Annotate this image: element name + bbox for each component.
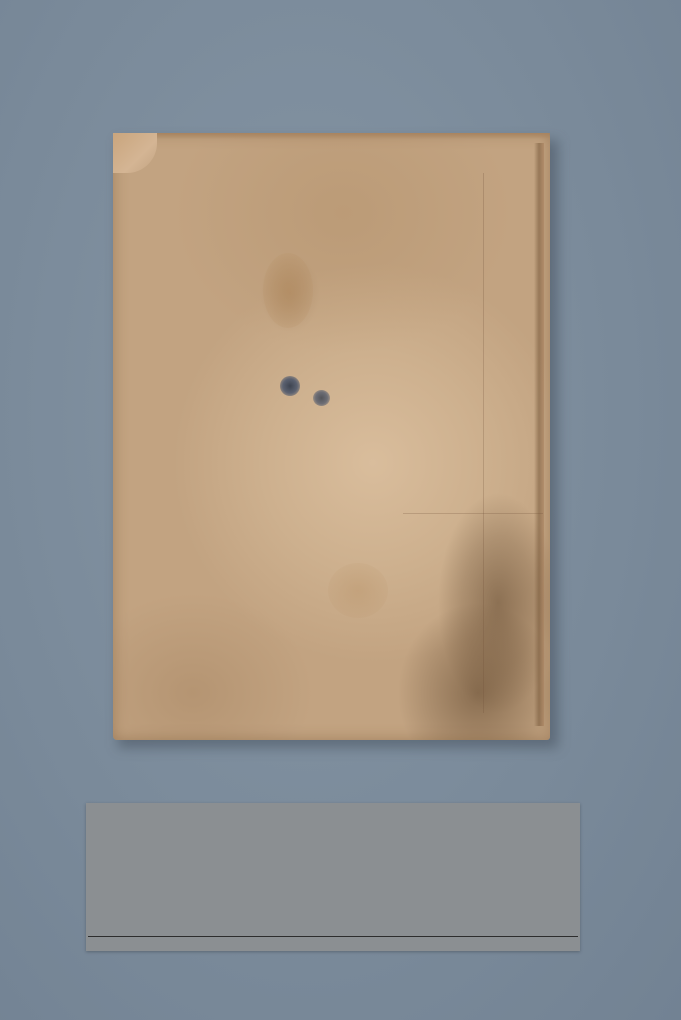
title-char <box>141 348 211 398</box>
title-char <box>141 298 211 348</box>
title-char <box>141 448 211 498</box>
title-char <box>141 248 211 298</box>
book-title <box>141 198 211 548</box>
book-top-edge <box>113 133 550 139</box>
title-char <box>141 198 211 248</box>
color-calibration-chart <box>86 803 580 951</box>
book-corner-fold <box>113 133 157 173</box>
page-crease <box>483 173 484 713</box>
water-stain <box>328 563 388 618</box>
ruler-centimetres <box>88 936 578 949</box>
book-binding-edge <box>534 143 544 726</box>
title-char <box>141 398 211 448</box>
page-crease <box>403 513 543 514</box>
water-stain <box>263 253 313 328</box>
ruler-inches <box>88 925 578 937</box>
ruler <box>88 925 578 949</box>
ink-spot <box>280 376 300 396</box>
title-char <box>141 498 211 548</box>
ink-spot <box>313 390 330 406</box>
title-faint-prefix <box>150 168 190 198</box>
